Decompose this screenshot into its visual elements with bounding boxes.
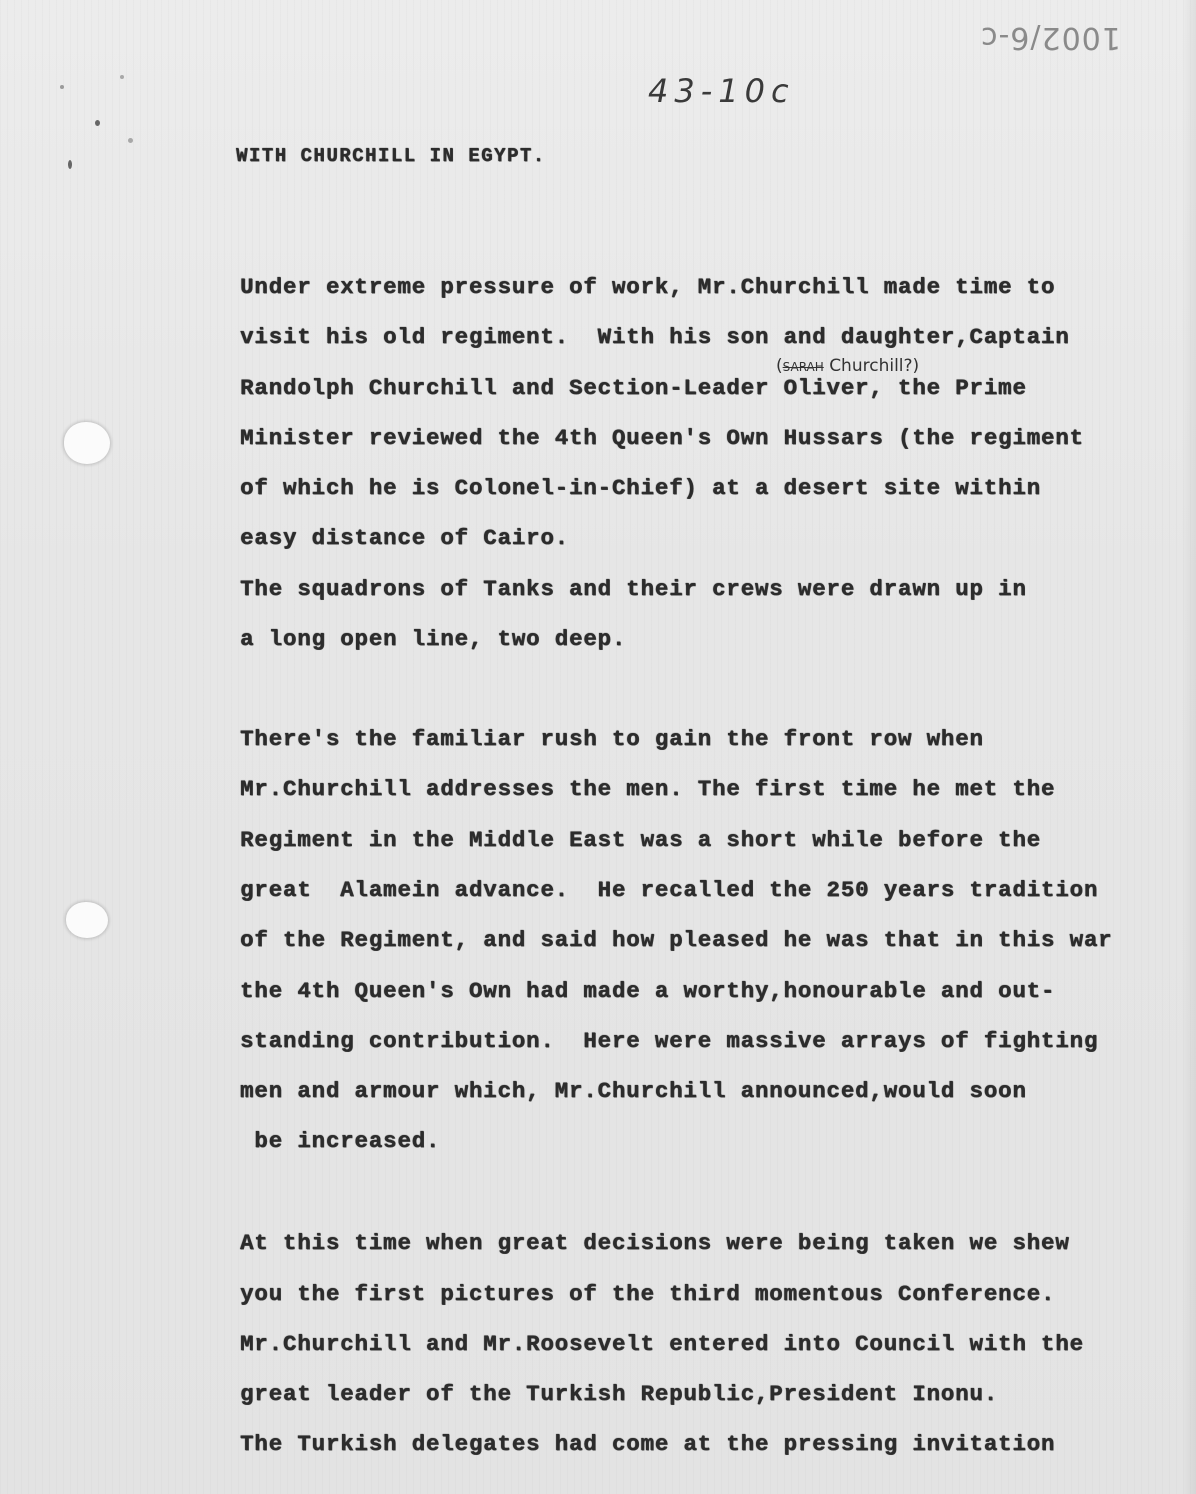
text-line: great leader of the Turkish Republic,Pre… xyxy=(240,1383,998,1406)
punch-hole xyxy=(66,902,108,938)
ink-speck xyxy=(95,120,100,126)
text-line: Mr.Churchill addresses the men. The firs… xyxy=(240,778,1055,801)
text-line: great Alamein advance. He recalled the 2… xyxy=(240,879,1098,902)
ink-speck xyxy=(120,75,124,79)
text-line: visit his old regiment. With his son and… xyxy=(240,326,1070,349)
text-line: Regiment in the Middle East was a short … xyxy=(240,829,1041,852)
ink-speck xyxy=(60,85,64,89)
text-line: standing contribution. Here were massive… xyxy=(240,1030,1098,1053)
annotation-text: Churchill? xyxy=(829,356,912,376)
text-line: the 4th Queen's Own had made a worthy,ho… xyxy=(240,980,1055,1003)
text-line: The squadrons of Tanks and their crews w… xyxy=(240,578,1027,601)
text-line: Under extreme pressure of work, Mr.Churc… xyxy=(240,276,1055,299)
text-line: you the first pictures of the third mome… xyxy=(240,1283,1055,1306)
text-line: Randolph Churchill and Section-Leader Ol… xyxy=(240,377,1027,400)
text-line: Minister reviewed the 4th Queen's Own Hu… xyxy=(240,427,1084,450)
text-line: men and armour which, Mr.Churchill annou… xyxy=(240,1080,1027,1103)
handwritten-archive-reference: 1002/6-c xyxy=(980,20,1121,55)
handwritten-annotation: (SARAH Churchill?) xyxy=(776,356,919,376)
text-line: The Turkish delegates had come at the pr… xyxy=(240,1433,1055,1456)
text-line: There's the familiar rush to gain the fr… xyxy=(240,728,984,751)
text-line: a long open line, two deep. xyxy=(240,628,626,651)
ink-speck xyxy=(68,160,72,169)
text-line: of which he is Colonel-in-Chief) at a de… xyxy=(240,477,1041,500)
text-line: be increased. xyxy=(240,1130,440,1153)
text-line: At this time when great decisions were b… xyxy=(240,1232,1070,1255)
handwritten-reference-number: 43-10c xyxy=(648,72,795,110)
ink-speck xyxy=(128,138,133,143)
document-title: WITH CHURCHILL IN EGYPT. xyxy=(236,147,546,166)
page-edge-shadow xyxy=(1182,0,1196,1494)
punch-hole xyxy=(64,422,110,464)
text-line: of the Regiment, and said how pleased he… xyxy=(240,929,1112,952)
text-line: Mr.Churchill and Mr.Roosevelt entered in… xyxy=(240,1333,1084,1356)
document-page: 1002/6-c 43-10c WITH CHURCHILL IN EGYPT.… xyxy=(0,0,1196,1494)
annotation-struck-word: SARAH xyxy=(783,360,824,374)
text-line: easy distance of Cairo. xyxy=(240,527,569,550)
